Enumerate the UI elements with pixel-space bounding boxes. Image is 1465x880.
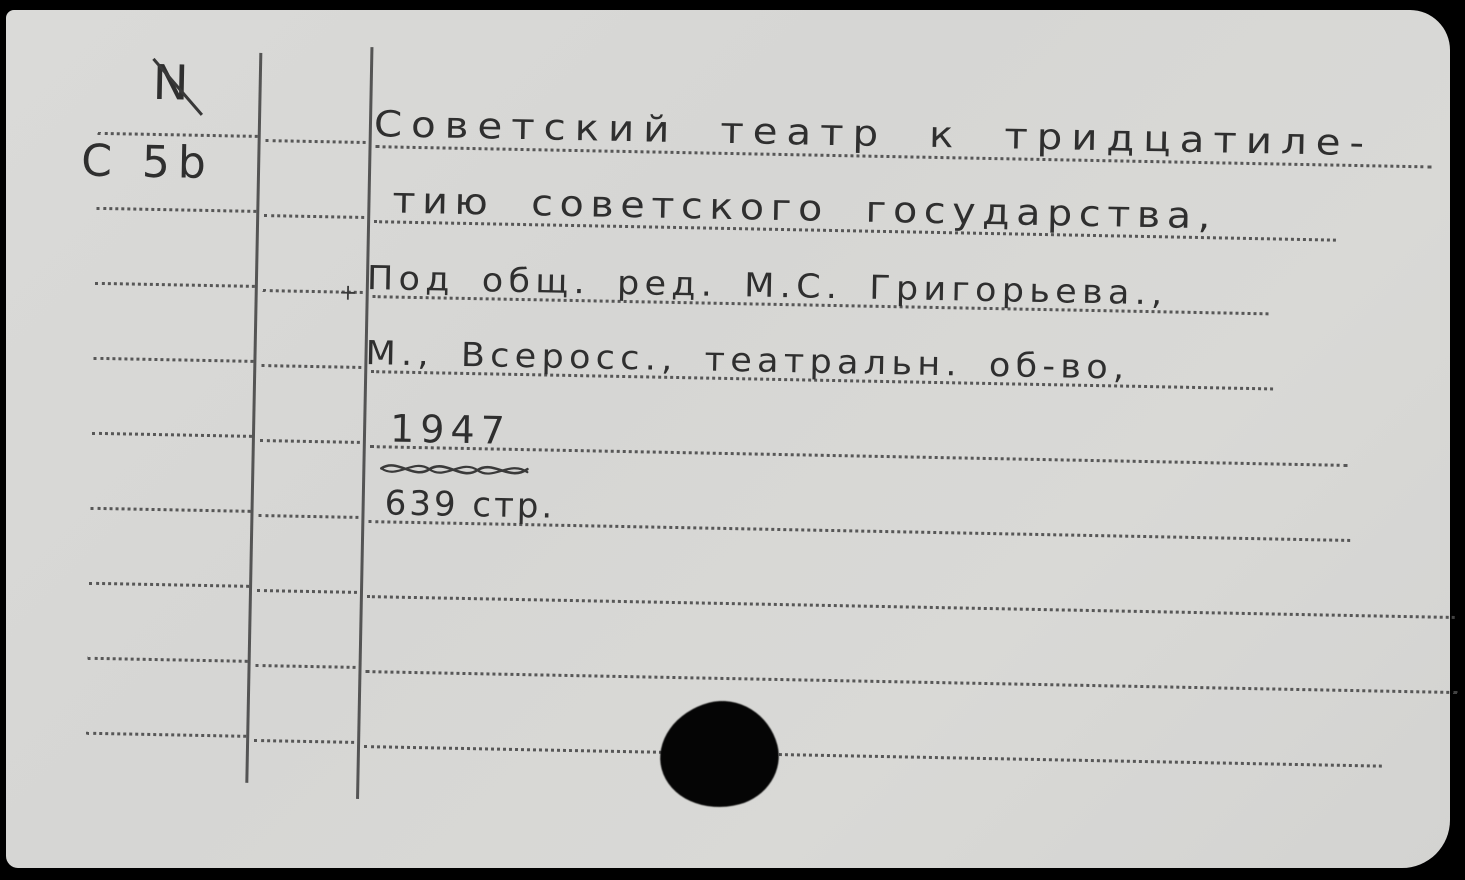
ruled-line xyxy=(257,589,357,594)
ink-blot xyxy=(648,688,789,821)
catalog-card: N С 5b Советский театр к тридцатиле- тию… xyxy=(6,10,1450,868)
ruled-line xyxy=(258,514,358,519)
call-number: С 5b xyxy=(81,140,214,187)
publisher-line: М., Всеросс., театральн. об-во, xyxy=(365,336,1129,384)
ruled-line xyxy=(91,507,251,513)
title-line-2: тию советского государства, xyxy=(392,184,1217,236)
title-line-1: Советский театр к тридцатиле- xyxy=(374,107,1374,162)
ruled-line xyxy=(93,357,253,363)
year: 1947 xyxy=(390,410,511,450)
ruled-line xyxy=(260,439,360,444)
ruled-line xyxy=(88,657,248,663)
ruled-line xyxy=(264,214,364,219)
insertion-mark: + xyxy=(339,283,358,305)
ruled-line xyxy=(95,282,255,288)
vertical-rule-left xyxy=(245,53,262,783)
ruled-line xyxy=(92,432,252,438)
ruled-line xyxy=(96,207,256,213)
ruled-line xyxy=(261,364,361,369)
scanner-background: { "card": { "crossed_number_label": "N",… xyxy=(0,0,1465,880)
card-content: N С 5b Советский театр к тридцатиле- тию… xyxy=(0,0,1458,880)
vertical-rule-right xyxy=(356,47,373,799)
ruled-line xyxy=(256,664,356,669)
page-count: 639 стр. xyxy=(384,486,555,523)
ruled-line xyxy=(367,595,1455,619)
ruled-line xyxy=(89,582,249,588)
ruled-line xyxy=(365,670,1457,694)
ruled-line xyxy=(86,732,246,738)
editor-line: Под общ. ред. М.С. Григорьева., xyxy=(367,261,1168,309)
ruled-line xyxy=(266,139,366,144)
flourish-squiggle xyxy=(377,455,537,484)
ruled-line xyxy=(254,739,354,744)
ruled-line xyxy=(364,745,1382,768)
